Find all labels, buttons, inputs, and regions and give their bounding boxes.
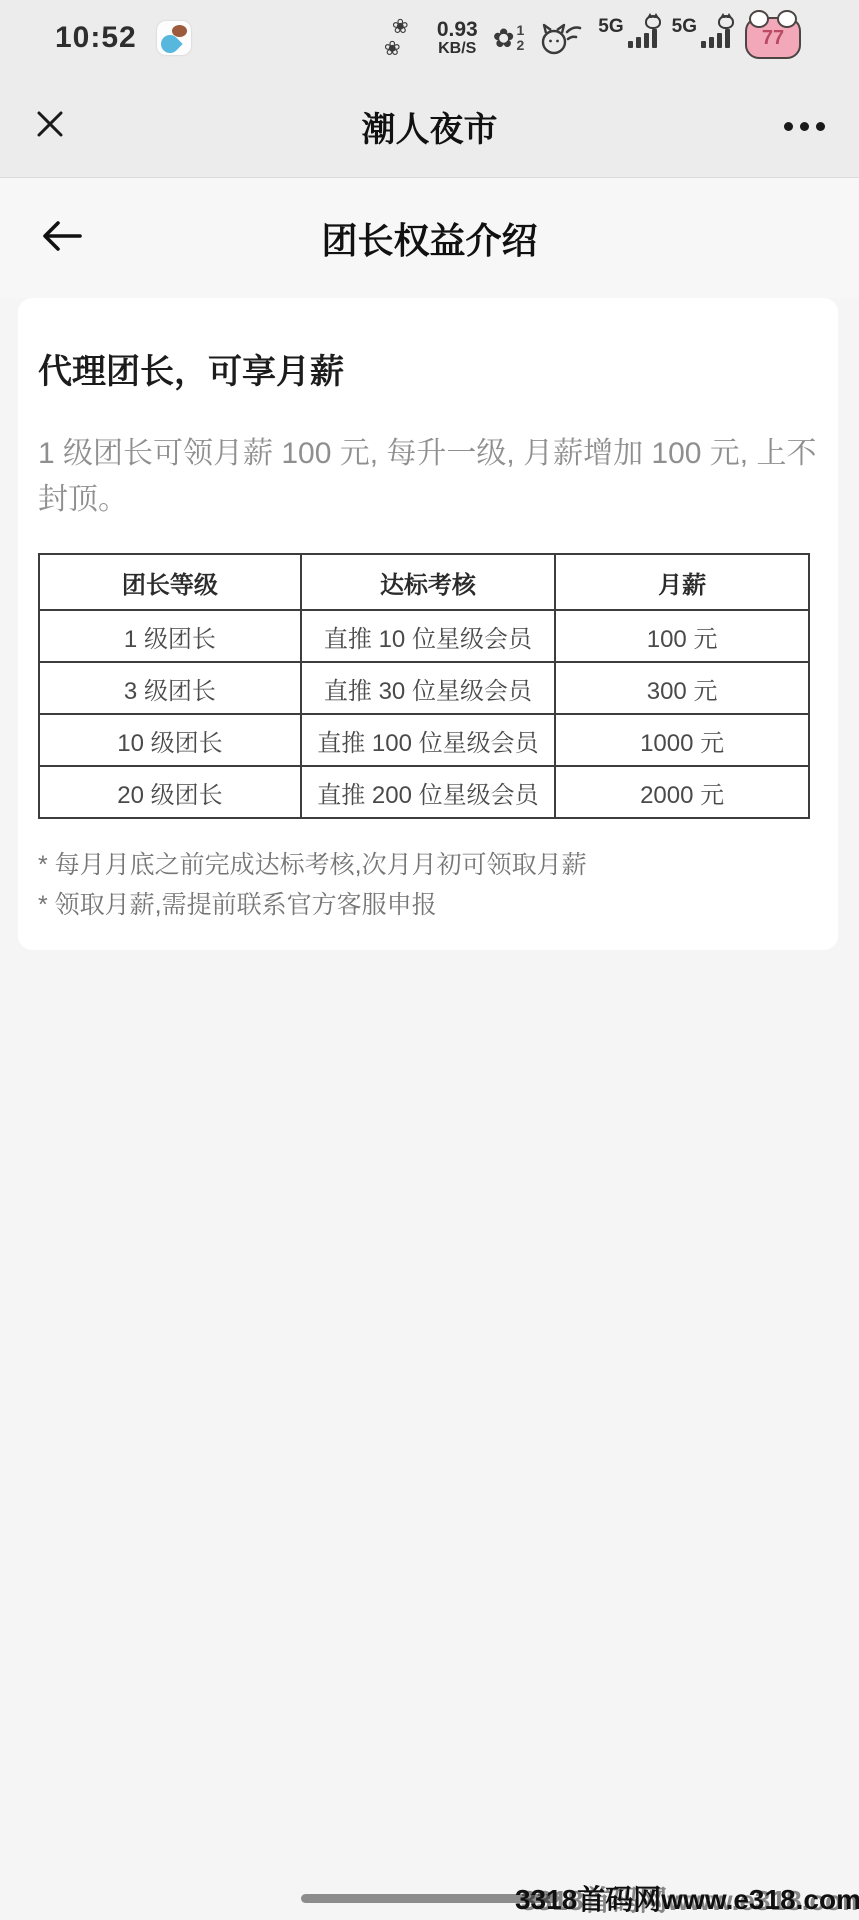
cell-level: 3 级团长 (39, 662, 301, 714)
table-header-row: 团长等级 达标考核 月薪 (39, 554, 809, 610)
signal-cat-icon (645, 15, 661, 29)
col-header-salary: 月薪 (555, 554, 809, 610)
cell-assessment: 直推 30 位星级会员 (301, 662, 555, 714)
close-button[interactable] (30, 107, 70, 147)
sim-flower-icon: ✿ (493, 25, 515, 51)
cell-salary: 1000 元 (555, 714, 809, 766)
clock: 10:52 (55, 21, 137, 55)
wifi-cat-icon (539, 19, 583, 57)
benefits-card: 代理团长，可享月薪 1 级团长可领月薪 100 元, 每升一级, 月薪增加 10… (18, 298, 838, 950)
signal-sim1-icon: 5G (598, 29, 656, 48)
phone-screen: 10:52 ❀❀ 0.93 KB/S ✿ 1 2 (0, 0, 859, 1920)
network-speed-unit: KB/S (438, 41, 476, 58)
watermark-text: 3318首码网www.e318.com (515, 1878, 859, 1918)
carrier-2-label: 5G (672, 17, 697, 36)
sim-slot-2: 2 (516, 38, 524, 53)
close-icon (33, 107, 67, 146)
signal-cat-icon (718, 15, 734, 29)
benefits-table: 团长等级 达标考核 月薪 1 级团长 直推 10 位星级会员 100 元 3 级… (38, 553, 810, 819)
status-icons: ❀❀ 0.93 KB/S ✿ 1 2 (384, 17, 801, 59)
sim-slot-1: 1 (516, 23, 524, 38)
col-header-assessment: 达标考核 (301, 554, 555, 610)
battery-frog-icon: 77 (745, 17, 801, 59)
table-row: 20 级团长 直推 200 位星级会员 2000 元 (39, 766, 809, 818)
flower-cluster-icon: ❀❀ (384, 17, 422, 59)
cell-salary: 2000 元 (555, 766, 809, 818)
back-arrow-icon (40, 218, 84, 259)
cell-level: 10 级团长 (39, 714, 301, 766)
cell-level: 20 级团长 (39, 766, 301, 818)
cell-salary: 300 元 (555, 662, 809, 714)
note-line: * 每月月底之前完成达标考核,次月月初可领取月薪 (38, 845, 818, 885)
table-row: 3 级团长 直推 30 位星级会员 300 元 (39, 662, 809, 714)
table-row: 1 级团长 直推 10 位星级会员 100 元 (39, 610, 809, 662)
col-header-level: 团长等级 (39, 554, 301, 610)
weather-sticker-icon (157, 21, 191, 55)
cell-level: 1 级团长 (39, 610, 301, 662)
table-row: 10 级团长 直推 100 位星级会员 1000 元 (39, 714, 809, 766)
cell-assessment: 直推 200 位星级会员 (301, 766, 555, 818)
cell-salary: 100 元 (555, 610, 809, 662)
notes-block: * 每月月底之前完成达标考核,次月月初可领取月薪 * 领取月薪,需提前联系官方客… (38, 845, 818, 925)
signal-sim2-icon: 5G (672, 29, 730, 48)
battery-percent: 77 (762, 27, 784, 50)
wechat-page-title: 潮人夜市 (0, 102, 859, 151)
page-title: 团长权益介绍 (0, 213, 859, 264)
page-header: 团长权益介绍 (0, 178, 859, 298)
card-heading: 代理团长，可享月薪 (38, 344, 818, 393)
wechat-nav-bar: 潮人夜市 (0, 76, 859, 178)
note-line: * 领取月薪,需提前联系官方客服申报 (38, 885, 818, 925)
more-menu-button[interactable] (780, 112, 829, 141)
cell-assessment: 直推 100 位星级会员 (301, 714, 555, 766)
back-button[interactable] (40, 218, 86, 258)
card-description: 1 级团长可领月薪 100 元, 每升一级, 月薪增加 100 元, 上不封顶。 (38, 431, 818, 523)
status-bar: 10:52 ❀❀ 0.93 KB/S ✿ 1 2 (0, 0, 859, 76)
cell-assessment: 直推 10 位星级会员 (301, 610, 555, 662)
carrier-1-label: 5G (598, 17, 623, 36)
network-speed: 0.93 KB/S (437, 19, 478, 58)
network-speed-value: 0.93 (437, 19, 478, 41)
dual-sim-icon: ✿ 1 2 (493, 23, 525, 54)
more-dots-icon (784, 122, 793, 131)
